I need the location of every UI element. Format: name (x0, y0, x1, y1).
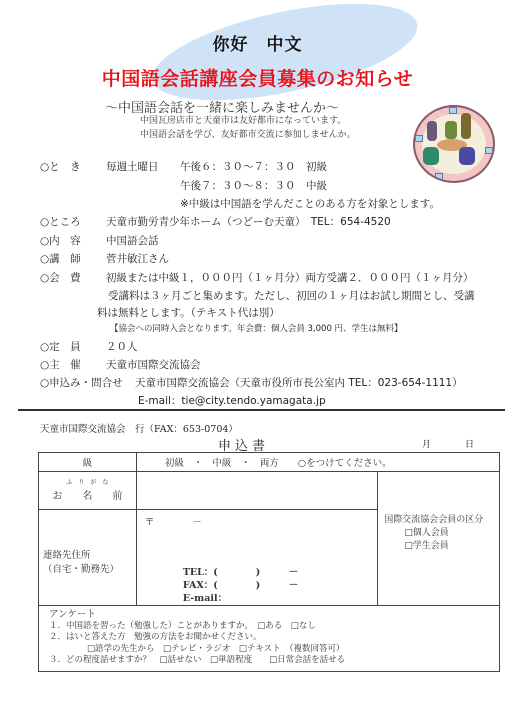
content-label: ○内 容 (40, 233, 81, 248)
application-form-table: 級 初級 ・ 中級 ・ 両方 ○をつけてください。 ふ り が な お 名 前 … (38, 452, 500, 672)
address-label-cell: 連絡先住所 （自宅・勤務先） (39, 510, 137, 606)
survey-q2: ２．はいと答えた方 勉強の方法をお聞かせください。 (49, 632, 499, 644)
membership-option-individual[interactable]: □個人会員 (384, 525, 499, 538)
time-label: ○と き (40, 159, 81, 174)
survey-q1[interactable]: １．中国語を習った（勉強した）ことがありますか。 □ある □なし (49, 621, 499, 633)
membership-option-student[interactable]: □学生会員 (384, 538, 499, 551)
frame-tile (435, 173, 443, 180)
time-day: 毎週土曜日 (106, 159, 159, 174)
content-value: 中国語会話 (106, 233, 159, 248)
level-label-cell: 級 (39, 453, 137, 472)
membership-title: 国際交流協会会員の区分 (384, 512, 499, 525)
tel-field[interactable]: TEL：( ) － (183, 564, 298, 578)
fee-line-3: 料は無料とします。（テキスト代は別） (97, 305, 280, 320)
fee-line-2: 受講料は３ヶ月ごと集めます。ただし、初回の１ヶ月はお試し期間とし、受講 (108, 288, 475, 303)
level-label: 級 (83, 458, 93, 469)
address-input-cell[interactable]: 〒 － TEL：( ) － FAX：( ) － E-mail： (136, 510, 377, 606)
place-value: 天童市勤労青少年ホーム（つどーむ天童） TEL：654-4520 (106, 214, 391, 229)
headline: 中国語会話講座会員募集のお知らせ (0, 64, 515, 91)
frame-tile (415, 135, 423, 142)
time-note: ※中級は中国語を学んだことのある方を対象とします。 (180, 196, 440, 211)
name-input-cell[interactable] (136, 472, 377, 510)
illustration-person (459, 147, 475, 165)
form-recipient: 天童市国際交流協会 行（FAX：653-0704） (40, 421, 238, 435)
survey-cell: アンケート １．中国語を習った（勉強した）ことがありますか。 □ある □なし ２… (39, 606, 500, 672)
frame-tile (449, 107, 457, 114)
survey-title: アンケート (49, 609, 499, 621)
place-label: ○ところ (40, 214, 81, 229)
capacity-value: ２０人 (106, 339, 138, 354)
teacher-value: 菅井敏江さん (106, 251, 169, 266)
illustration-person (427, 121, 437, 141)
frame-tile (485, 147, 493, 154)
postal-code-field[interactable]: 〒 － (145, 514, 202, 528)
teacher-label: ○講 師 (40, 251, 81, 266)
organizer-label: ○主 催 (40, 357, 81, 372)
email-field[interactable]: E-mail： (183, 590, 227, 604)
furigana-label: ふ り が な (39, 479, 136, 487)
intro-line-1: 中国瓦房店市と天童市は友好都市になっています。 (140, 113, 346, 126)
name-label-cell: ふ り が な お 名 前 (39, 472, 137, 510)
organizer-value: 天童市国際交流協会 (106, 357, 201, 372)
contact-value: 天童市国際交流協会（天童市役所市長公室内 TEL：023-654-1111） (135, 375, 463, 390)
address-sublabel: （自宅・勤務先） (43, 561, 136, 575)
survey-q2-options[interactable]: □語学の先生から □テレビ・ラジオ □テキスト （複数回答可） (49, 644, 499, 656)
membership-cell: 国際交流協会会員の区分 □個人会員 □学生会員 (378, 472, 500, 606)
level-options[interactable]: 初級 ・ 中級 ・ 両方 ○をつけてください。 (151, 458, 392, 469)
time-slot-2: 午後７：３０～８：３０ 中級 (180, 178, 327, 193)
fee-label: ○会 費 (40, 270, 81, 285)
page-title: 你好 中文 (0, 30, 515, 55)
level-options-cell[interactable]: 初級 ・ 中級 ・ 両方 ○をつけてください。 (136, 453, 499, 472)
meeting-illustration (413, 105, 495, 183)
address-label: 連絡先住所 (43, 547, 136, 561)
time-slot-1: 午後６：３０～７：３０ 初級 (180, 159, 327, 174)
form-day-label: 日 (465, 437, 474, 450)
contact-label: ○申込み・問合せ (40, 375, 123, 390)
form-month-label: 月 (422, 437, 431, 450)
survey-q3[interactable]: ３．どの程度話せますか？ □話せない □単語程度 □日常会話を話せる (49, 655, 499, 667)
illustration-person (423, 147, 439, 165)
fee-note: 【協会への同時入会となります。年会費：個人会員 3,000 円、学生は無料】 (110, 322, 403, 334)
illustration-person (445, 121, 457, 139)
fee-line-1: 初級または中級１，０００円（１ヶ月分）両方受講２．０００円（１ヶ月分） (106, 270, 474, 285)
divider (18, 409, 505, 411)
name-label: お 名 前 (39, 487, 136, 502)
capacity-label: ○定 員 (40, 339, 81, 354)
intro-line-2: 中国語会話を学び、友好都市交流に参加しませんか。 (140, 127, 356, 140)
fax-field[interactable]: FAX：( ) － (183, 577, 298, 591)
contact-email[interactable]: E-mail：tie@city.tendo.yamagata.jp (138, 393, 326, 408)
illustration-person (461, 113, 471, 139)
